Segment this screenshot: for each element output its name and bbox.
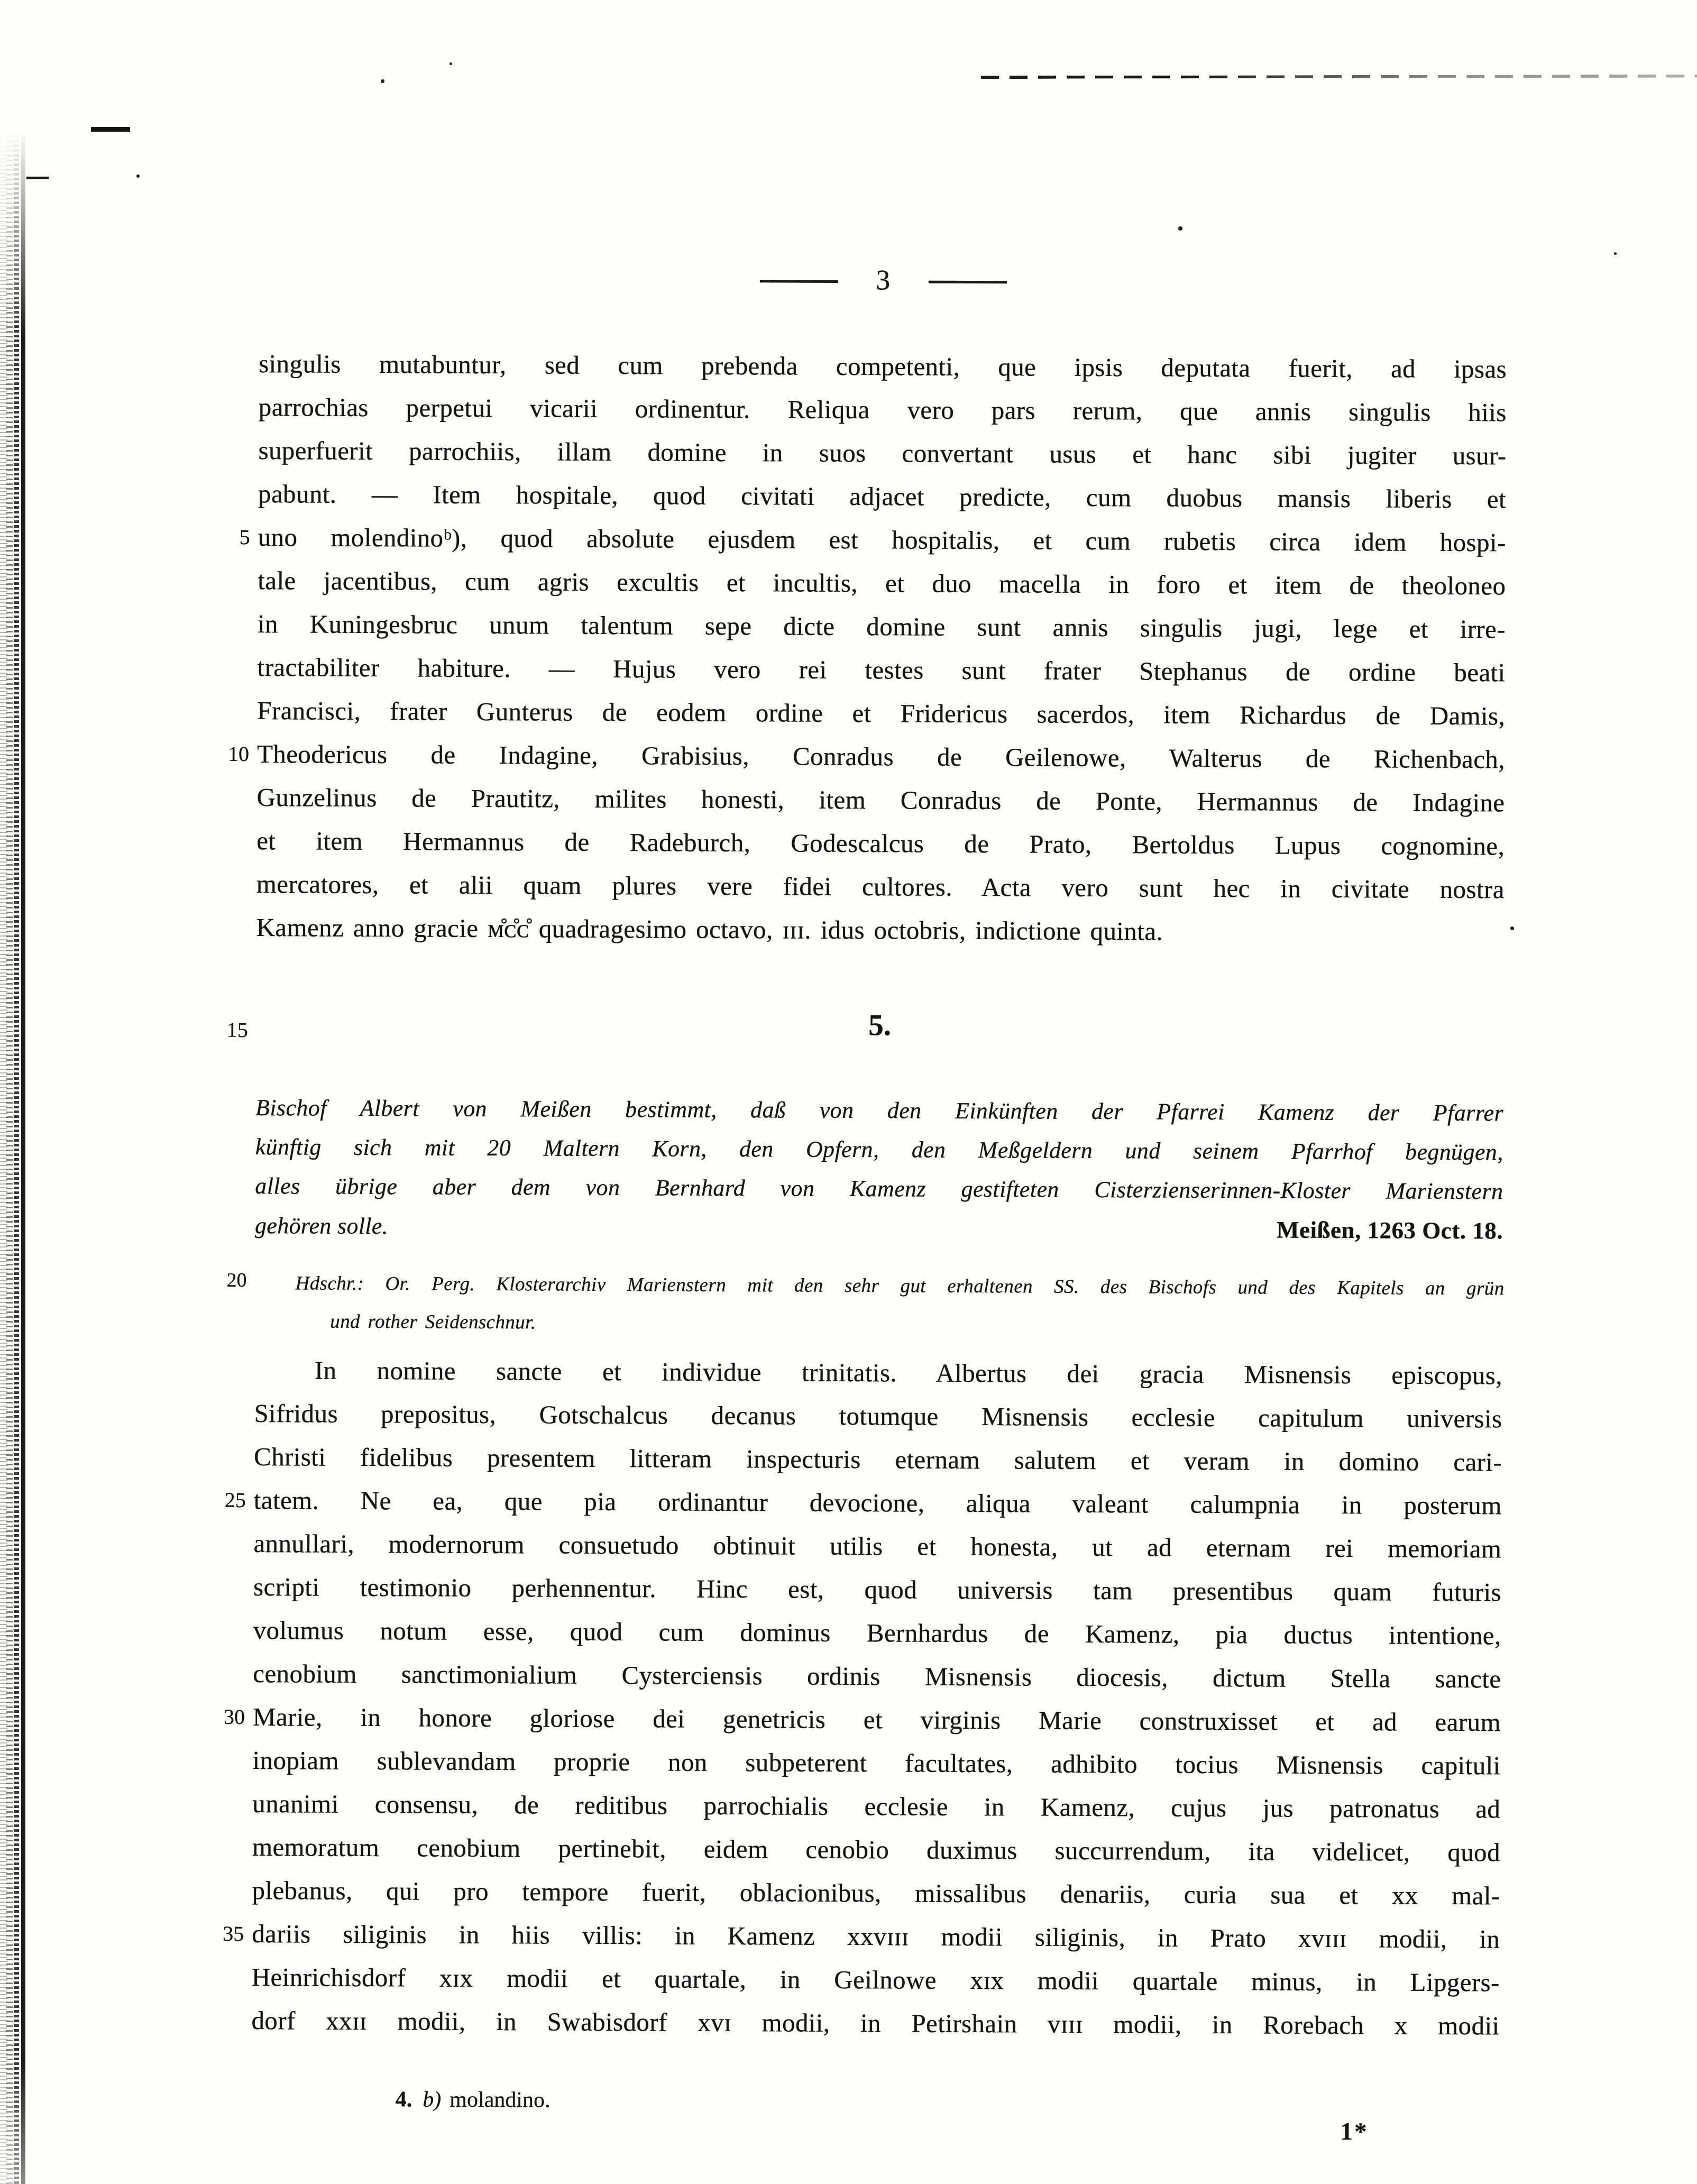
text-line: Sifridus prepositus, Gotschalcus decanus…	[254, 1392, 1502, 1440]
text-line: Marie, in honore gloriose dei genetricis…	[253, 1695, 1501, 1744]
regest-tail-text: gehören solle.	[255, 1206, 388, 1246]
text-line: Kamenz anno gracie ᴍ̊ᴄ̊ᴄ̊ quadragesimo o…	[256, 906, 1504, 955]
margin-line-number-15: 15	[199, 1008, 248, 1052]
margin-line-number-10: 10	[200, 732, 249, 776]
charter-regest: Bischof Albert von Meißen bestimmt, daß …	[255, 1088, 1503, 1251]
text-line: tatem. Ne ea, que pia ordinantur devocio…	[254, 1479, 1502, 1527]
text-line: singulis mutabuntur, sed cum prebenda co…	[259, 342, 1507, 391]
text-line: memoratum cenobium pertinebit, eidem cen…	[252, 1825, 1500, 1874]
footnote: 4.b)molandino.	[396, 2086, 551, 2114]
text-line: volumus notum esse, quod cum dominus Ber…	[253, 1609, 1501, 1657]
footnote-variant-mark: b)	[423, 2088, 441, 2112]
text-line: et item Hermannus de Radeburch, Godescal…	[256, 819, 1505, 868]
text-line: mercatores, et alii quam plures vere fid…	[256, 862, 1505, 911]
charter-dateline: Meißen, 1263 Oct. 18.	[1277, 1210, 1503, 1251]
text-line: tale jacentibus, cum agris excultis et i…	[258, 559, 1506, 608]
text-line: Theodericus de Indagine, Grabisius, Conr…	[257, 732, 1505, 781]
text-line: in Kuningesbruc unum talentum sepe dicte…	[258, 602, 1506, 651]
page-content: 3 singulis mutabuntur, sed cum prebenda …	[0, 0, 1697, 2184]
regest-line: alles übrige aber dem von Bernhard von K…	[255, 1167, 1503, 1211]
text-line: tractabiliter habiture. — Hujus vero rei…	[258, 646, 1506, 694]
source-note: Hdschr.: Or. Perg. Klosterarchiv Mariens…	[295, 1264, 1505, 1346]
text-line: cenobium sanctimonialium Cysterciensis o…	[253, 1652, 1501, 1701]
text-line: Francisci, frater Gunterus de eodem ordi…	[257, 689, 1505, 738]
charter-number-heading: 5.	[256, 1001, 1504, 1050]
text-line: plebanus, qui pro tempore fuerit, oblaci…	[252, 1869, 1500, 1917]
text-line: dariis siliginis in hiis villis: in Kame…	[252, 1912, 1500, 1961]
text-line: pabunt. — Item hospitale, quod civitati …	[258, 472, 1506, 521]
footnote-doc-ref: 4.	[396, 2087, 412, 2112]
page-number-rule-right	[928, 280, 1006, 283]
regest-line: künftig sich mit 20 Maltern Korn, den Op…	[255, 1127, 1503, 1172]
margin-line-number-25: 25	[197, 1479, 246, 1522]
source-note-line: und rother Seidenschnur.	[295, 1302, 1504, 1346]
text-line: Gunzelinus de Prautitz, milites honesti,…	[256, 776, 1505, 824]
doc4-continuation-paragraph: singulis mutabuntur, sed cum prebenda co…	[256, 342, 1507, 955]
margin-line-number-30: 30	[196, 1695, 245, 1739]
text-line: dorf xxɪɪ modii, in Swabisdorf xvɪ modii…	[251, 1999, 1499, 2048]
text-line: Christi fidelibus presentem litteram ins…	[254, 1435, 1502, 1484]
scanned-document-page: 3 singulis mutabuntur, sed cum prebenda …	[0, 0, 1697, 2184]
regest-line: Bischof Albert von Meißen bestimmt, daß …	[255, 1088, 1503, 1133]
margin-line-number-5: 5	[201, 516, 250, 559]
text-line: Heinrichisdorf xɪx modii et quartale, in…	[252, 1956, 1500, 2004]
sheet-signature-mark: 1*	[1341, 2117, 1369, 2146]
margin-line-number-20: 20	[198, 1261, 246, 1299]
page-number-rule-left	[759, 280, 838, 283]
text-line: parrochias perpetui vicarii ordinentur. …	[259, 386, 1507, 434]
text-line: annullari, modernorum consuetudo obtinui…	[253, 1522, 1501, 1571]
page-header: 3	[259, 261, 1507, 299]
regest-last-line: gehören solle. Meißen, 1263 Oct. 18.	[255, 1206, 1503, 1251]
text-line: unanimi consensu, de reditibus parrochia…	[252, 1782, 1500, 1831]
text-line: uno molendinoᵇ), quod absolute ejusdem e…	[258, 516, 1506, 564]
charter-text: In nomine sancte et individue trinitatis…	[251, 1348, 1502, 2048]
page-number: 3	[876, 263, 890, 296]
footnote-reading: molandino.	[450, 2088, 550, 2113]
text-line: inopiam sublevandam proprie non subpeter…	[252, 1739, 1500, 1787]
source-note-line: Hdschr.: Or. Perg. Klosterarchiv Mariens…	[295, 1264, 1504, 1308]
text-line: superfuerit parrochiis, illam domine in …	[258, 429, 1506, 478]
text-line: scripti testimonio perhennentur. Hinc es…	[253, 1565, 1501, 1614]
margin-line-number-35: 35	[195, 1912, 244, 1956]
text-line: In nomine sancte et individue trinitatis…	[254, 1348, 1502, 1397]
